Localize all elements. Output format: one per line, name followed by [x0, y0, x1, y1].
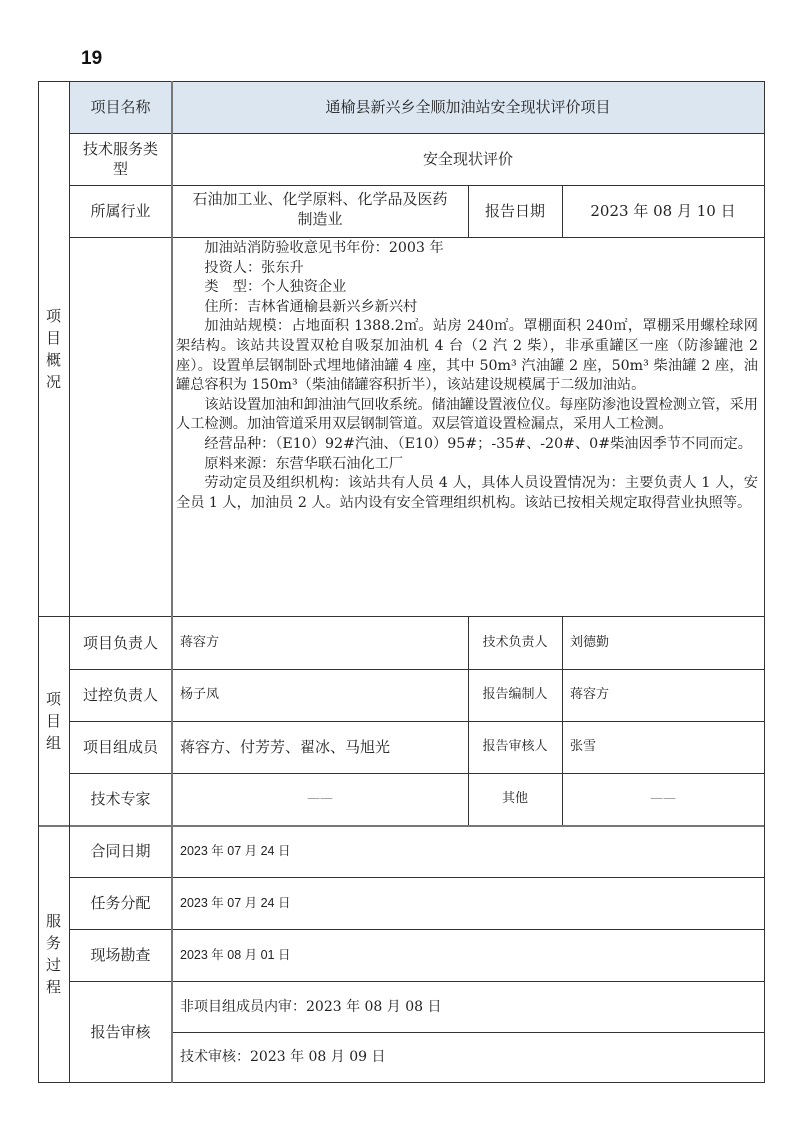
page-number: 19 [81, 48, 102, 70]
other-value: —— [650, 789, 676, 809]
report-date-value: 2023 年 08 月 10 日 [590, 201, 735, 221]
table-border [764, 81, 765, 1083]
report-reviewer-value: 张雪 [570, 737, 596, 757]
project-name-value-cell: 通榆县新兴乡全顺加油站安全现状评价项目 [172, 81, 764, 133]
process-label-char: 务 [46, 932, 61, 954]
table-divider [69, 929, 765, 930]
report-author-label: 报告编制人 [482, 685, 547, 705]
overview-label-char: 况 [46, 371, 61, 393]
process-label-char: 服 [46, 910, 61, 932]
table-divider [69, 237, 765, 238]
other-label: 其他 [502, 789, 528, 809]
industry-label-cell: 所属行业 [69, 185, 172, 237]
process-value-cell: 技术审核：2023 年 08 月 09 日 [172, 1032, 764, 1082]
service-type-label-cell: 技术服务类 型 [69, 133, 172, 185]
overview-paragraph: 投资人：张东升 [176, 259, 758, 279]
team-value2-cell: 刘德勤 [562, 616, 764, 669]
report-author-value: 蒋容方 [570, 685, 609, 705]
overview-label-char: 目 [46, 327, 61, 349]
table-border [38, 81, 39, 1083]
contract-date-value: 2023 年 07 月 24 日 [180, 841, 290, 861]
process-value-cell: 2023 年 08 月 01 日 [172, 929, 764, 981]
overview-paragraph: 类 型：个人独资企业 [176, 278, 758, 298]
team-section-label: 项 目 组 [38, 616, 69, 825]
process-label-cell: 现场勘查 [69, 929, 172, 981]
process-label-char: 程 [46, 976, 61, 998]
team-label2-cell: 其他 [468, 773, 562, 825]
team-label2-cell: 报告编制人 [468, 669, 562, 721]
project-lead-value: 蒋容方 [180, 633, 219, 653]
industry-value-line2: 制造业 [297, 209, 342, 229]
overview-paragraph: 该站设置加油和卸油油气回收系统。储油罐设置液位仪。每座防渗池设置检测立管，采用人… [176, 396, 758, 435]
service-type-value: 安全现状评价 [423, 149, 513, 169]
process-label-cell: 合同日期 [69, 825, 172, 877]
service-type-value-cell: 安全现状评价 [172, 133, 764, 185]
project-name-value: 通榆县新兴乡全顺加油站安全现状评价项目 [325, 97, 610, 117]
table-divider [38, 616, 765, 617]
process-value-cell: 非项目组成员内审：2023 年 08 月 08 日 [172, 981, 764, 1032]
team-label-char: 项 [46, 688, 61, 710]
table-divider [171, 81, 173, 1083]
table-divider [172, 1032, 765, 1033]
report-date-label: 报告日期 [485, 201, 545, 221]
table-divider [69, 669, 765, 670]
process-control-lead-label: 过控负责人 [83, 685, 158, 705]
table-divider [69, 981, 765, 982]
process-label-char: 过 [46, 954, 61, 976]
tech-expert-value: —— [307, 789, 333, 809]
report-reviewer-label: 报告审核人 [482, 737, 547, 757]
report-review-label: 报告审核 [90, 1022, 150, 1042]
overview-paragraph: 劳动定员及组织机构：该站共有人员 4 人，具体人员设置情况为：主要负责人 1 人… [176, 474, 758, 513]
overview-paragraph: 加油站规模：占地面积 1388.2㎡。站房 240㎡。罩棚面积 240㎡，罩棚采… [176, 317, 758, 395]
project-name-label: 项目名称 [90, 97, 150, 117]
overview-label-char: 概 [46, 349, 61, 371]
team-value-cell: 杨子凤 [172, 669, 468, 721]
table-border [38, 1082, 765, 1083]
team-label-char: 目 [46, 710, 61, 732]
table-divider [562, 616, 563, 825]
overview-paragraph: 加油站消防验收意见书年份：2003 年 [176, 239, 758, 259]
team-label-cell: 过控负责人 [69, 669, 172, 721]
report-date-label-cell: 报告日期 [468, 185, 562, 237]
table-divider [468, 616, 469, 825]
contract-date-label: 合同日期 [90, 841, 150, 861]
technical-review-value: 技术审核：2023 年 08 月 09 日 [180, 1047, 386, 1067]
overview-paragraph: 原料来源：东营华联石油化工厂 [176, 455, 758, 475]
team-value2-cell: 蒋容方 [562, 669, 764, 721]
team-members-label: 项目组成员 [83, 737, 158, 757]
table-border [38, 81, 765, 82]
tech-lead-value: 刘德勤 [570, 633, 609, 653]
team-value-cell: 蒋容方、付芳芳、翟冰、马旭光 [172, 721, 468, 773]
report-date-value-cell: 2023 年 08 月 10 日 [562, 185, 764, 237]
overview-label-char: 项 [46, 305, 61, 327]
service-type-label-line1: 技术服务类 [83, 139, 158, 159]
tech-expert-label: 技术专家 [90, 789, 150, 809]
service-type-label-line2: 型 [113, 159, 128, 179]
team-value2-cell: 张雪 [562, 721, 764, 773]
industry-value-line1: 石油加工业、化学原料、化学品及医药 [192, 189, 447, 209]
process-value-cell: 2023 年 07 月 24 日 [172, 877, 764, 929]
table-divider [69, 133, 765, 134]
team-value-cell: —— [172, 773, 468, 825]
site-survey-value: 2023 年 08 月 01 日 [180, 945, 290, 965]
team-label-cell: 技术专家 [69, 773, 172, 825]
overview-paragraph: 住所：吉林省通榆县新兴乡新兴村 [176, 298, 758, 318]
project-name-label-cell: 项目名称 [69, 81, 172, 133]
table-divider [69, 185, 765, 186]
process-label-cell: 任务分配 [69, 877, 172, 929]
team-label-char: 组 [46, 732, 61, 754]
process-label-cell: 报告审核 [69, 981, 172, 1082]
table-divider [69, 81, 70, 1083]
team-members-value: 蒋容方、付芳芳、翟冰、马旭光 [180, 737, 390, 757]
industry-label: 所属行业 [90, 201, 150, 221]
table-divider [468, 185, 469, 237]
table-divider [38, 825, 765, 827]
task-assignment-label: 任务分配 [90, 893, 150, 913]
internal-review-value: 非项目组成员内审：2023 年 08 月 08 日 [180, 997, 442, 1017]
process-section-label: 服 务 过 程 [38, 825, 69, 1082]
table-divider [562, 185, 563, 237]
table-divider [69, 877, 765, 878]
process-control-lead-value: 杨子凤 [180, 685, 219, 705]
team-label-cell: 项目组成员 [69, 721, 172, 773]
team-label2-cell: 报告审核人 [468, 721, 562, 773]
team-label2-cell: 技术负责人 [468, 616, 562, 669]
table-divider [69, 721, 765, 722]
overview-paragraph: 经营品种：（E10）92#汽油、（E10）95#；-35#、-20#、0#柴油因… [176, 435, 758, 455]
team-value2-cell: —— [562, 773, 764, 825]
site-survey-label: 现场勘查 [90, 945, 150, 965]
tech-lead-label: 技术负责人 [482, 633, 547, 653]
team-value-cell: 蒋容方 [172, 616, 468, 669]
table-divider [69, 773, 765, 774]
process-value-cell: 2023 年 07 月 24 日 [172, 825, 764, 877]
project-lead-label: 项目负责人 [83, 633, 158, 653]
task-assignment-value: 2023 年 07 月 24 日 [180, 893, 290, 913]
overview-text: 加油站消防验收意见书年份：2003 年 投资人：张东升 类 型：个人独资企业 住… [176, 239, 758, 513]
industry-value-cell: 石油加工业、化学原料、化学品及医药 制造业 [172, 185, 468, 237]
team-label-cell: 项目负责人 [69, 616, 172, 669]
overview-section-label: 项 目 概 况 [38, 81, 69, 616]
